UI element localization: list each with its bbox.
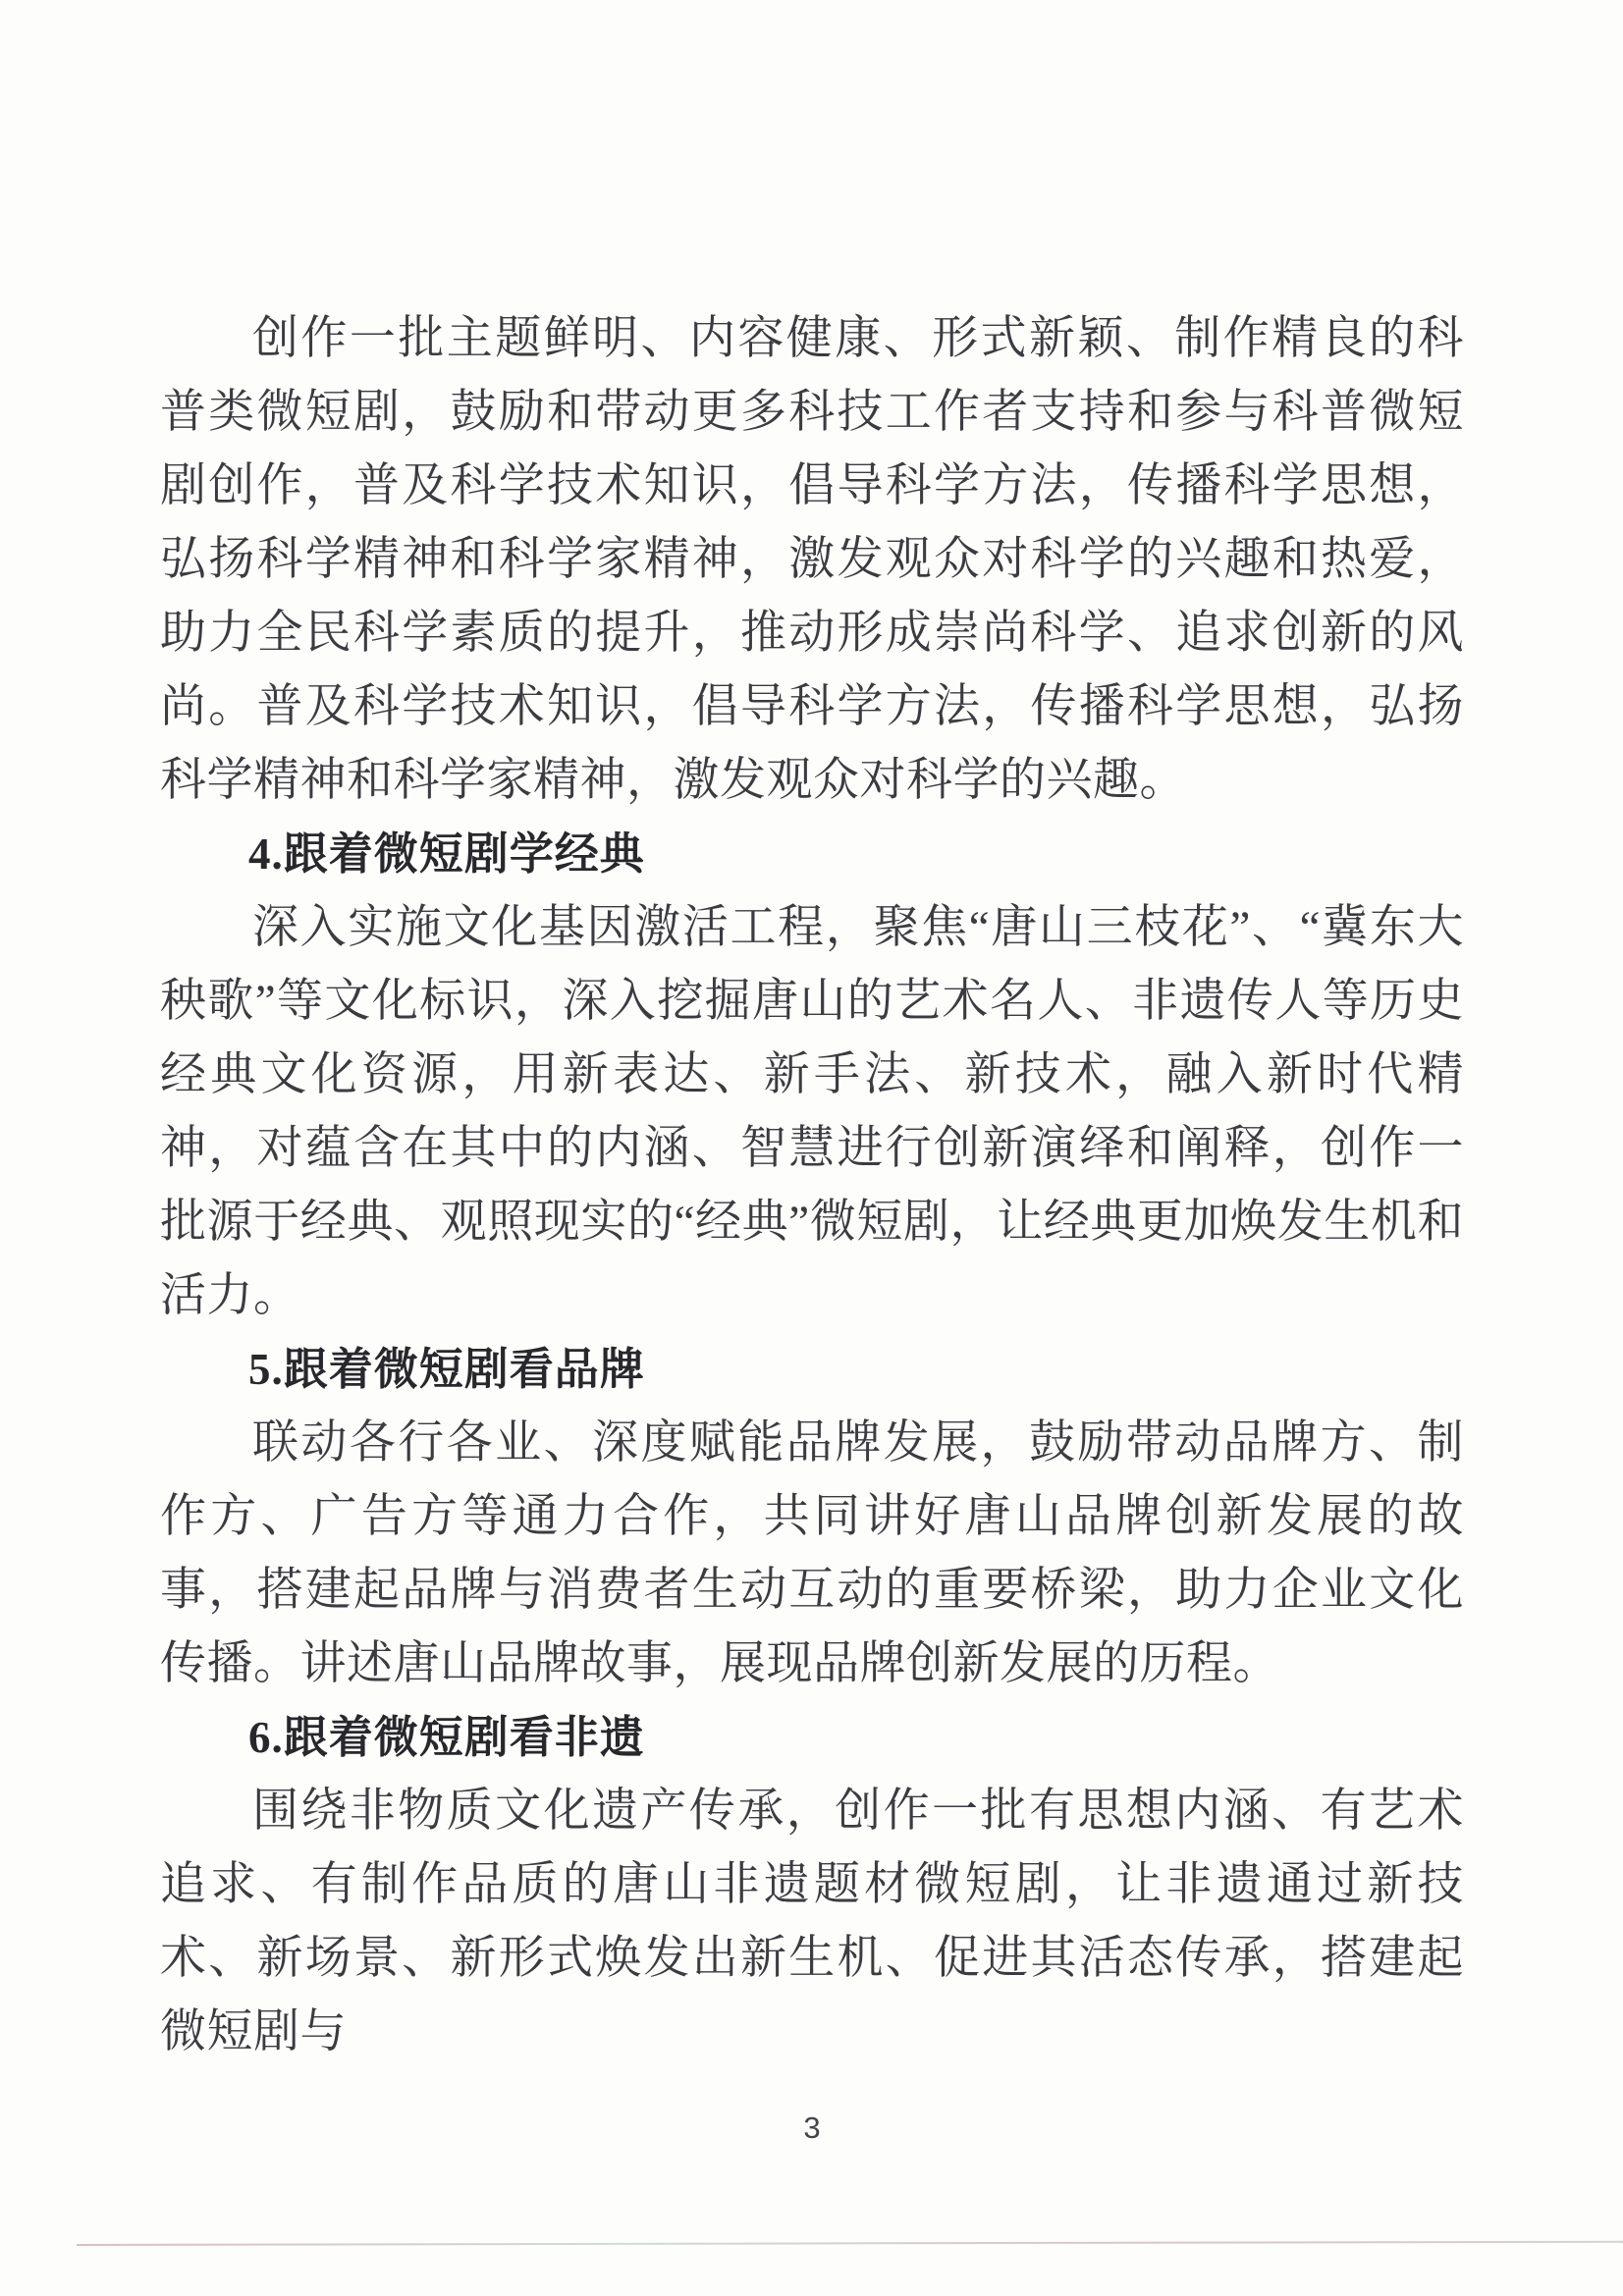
body-paragraph-classics: 深入实施文化基因激活工程，聚焦“唐山三枝花”、“冀东大秧歌”等文化标识，深入挖掘… bbox=[160, 891, 1464, 1333]
body-paragraph-brands: 联动各行各业、深度赋能品牌发展，鼓励带动品牌方、制作方、广告方等通力合作，共同讲… bbox=[160, 1407, 1464, 1701]
scan-artifact-line bbox=[77, 2241, 1623, 2246]
section-heading-4-classics: 4.跟着微短剧学经典 bbox=[160, 818, 1464, 891]
page-number: 3 bbox=[160, 2109, 1464, 2148]
document-text-block: 创作一批主题鲜明、内容健康、形式新颖、制作精良的科普类微短剧，鼓励和带动更多科技… bbox=[160, 302, 1464, 2069]
body-paragraph-science: 创作一批主题鲜明、内容健康、形式新颖、制作精良的科普类微短剧，鼓励和带动更多科技… bbox=[160, 302, 1464, 818]
body-paragraph-heritage: 围绕非物质文化遗产传承，创作一批有思想内涵、有艺术追求、有制作品质的唐山非遗题材… bbox=[160, 1775, 1464, 2069]
section-heading-5-brands: 5.跟着微短剧看品牌 bbox=[160, 1333, 1464, 1407]
section-heading-6-heritage: 6.跟着微短剧看非遗 bbox=[160, 1701, 1464, 1775]
